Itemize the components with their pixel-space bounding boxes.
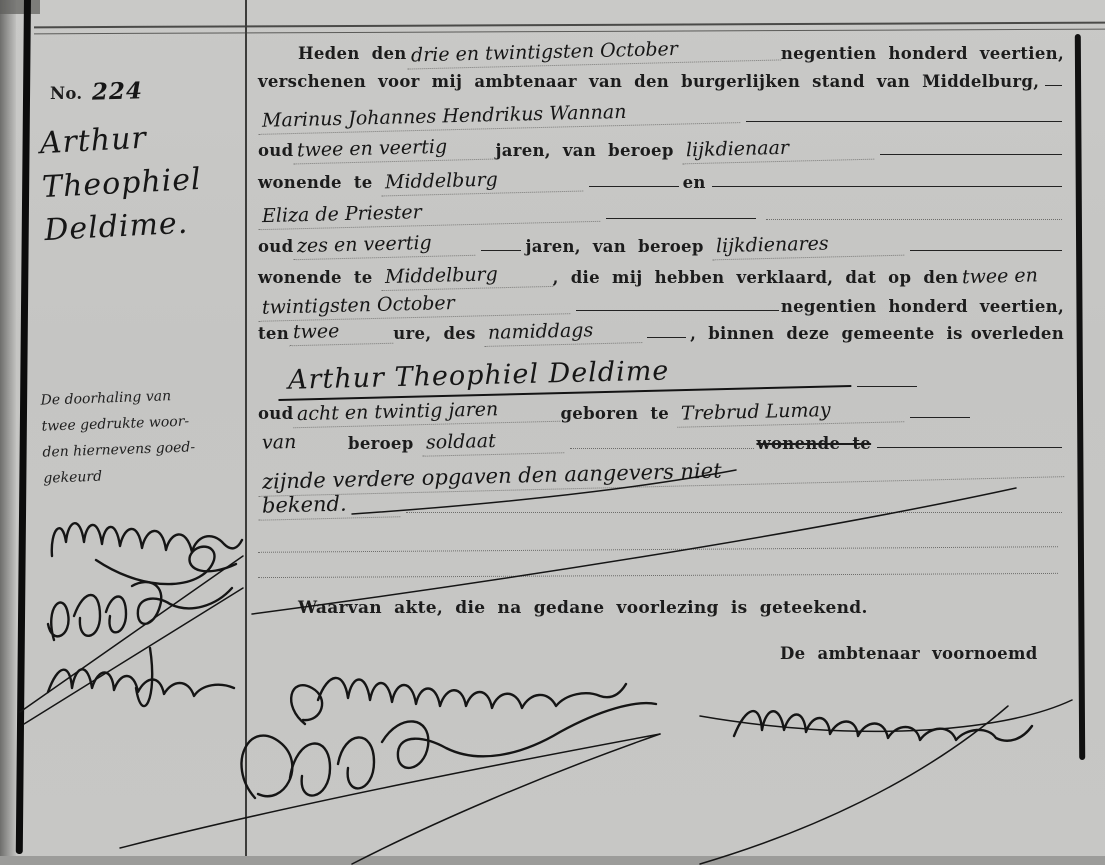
printed-ure-des: ure, des [393,324,475,345]
printed-en: en [683,173,706,194]
signature-official-bottom [700,700,1072,864]
scan-left-edge [0,0,16,865]
act-number-label: No. [50,84,82,103]
page-right-rule [1075,34,1085,760]
printed-wonende-te-2: wonende te [258,268,373,289]
line-declarant-1-residence: wonende te Middelburg en [258,169,1064,194]
margin-deceased-name: Arthur Theophiel Deldime. [39,114,205,253]
hw-hour: twee [289,319,394,346]
line-declarant-1-age: oud twee en veertig jaren, van beroep li… [258,137,1064,162]
line-act-date: Heden den drie en twintigsten October ne… [258,40,1064,65]
printed-verklaard: , die mij hebben verklaard, dat op den [553,268,959,289]
line-verdere-opgaven: zijnde verdere opgaven den aangevers nie… [258,460,1064,487]
dotted-fill [766,219,1062,220]
printed-beroep: beroep [348,434,414,455]
margin-separator-rule [245,0,247,858]
hw-declarant2-name: Eliza de Priester [258,197,601,230]
line-death-date: twintigsten October negentien honderd ve… [258,293,1064,318]
signature-official-margin [20,556,243,724]
blank-dotted-line [258,545,1058,553]
rule-fill [712,186,1062,187]
signature-declarant1-margin [52,523,242,584]
note-line-3: den hiernevens goed- [42,435,196,466]
signature-declarant2-bottom [120,703,660,864]
margin-name-line-3: Deldime. [43,201,205,253]
printed-geboren-te: geboren te [560,404,669,425]
hw-beroep-3: soldaat [421,428,564,456]
hw-birthplace: Trebrud Lumay [677,397,905,427]
scan-corner-shadow [0,0,40,14]
rule-short [647,337,686,338]
rule-fill [1045,85,1062,86]
line-bekend: bekend. [258,492,1064,519]
line-declarant-2: Eliza de Priester [258,201,1064,226]
line-verschenen: verschenen voor mij ambtenaar van den bu… [258,72,1064,93]
dotted-fill [570,448,755,449]
rule-short [481,250,521,251]
printed-ten: ten [258,324,289,345]
rule-short [857,386,917,387]
rule-fill [877,447,1062,448]
line-deceased-occupation: van beroep soldaat wonende te [258,430,1064,455]
line-deceased-name: Arthur Theophiel Deldime [258,358,1064,394]
signature-declarant1-bottom [291,678,626,724]
hw-age-2: zes en veertig [293,231,476,260]
printed-jaren-beroep-2: jaren, van beroep [525,237,703,258]
printed-wonende-te-struck: wonende te [756,434,871,455]
hw-declarant1-name: Marinus Johannes Hendrikus Wannan [258,98,740,135]
printed-oud-3: oud [258,404,293,425]
scan-bottom-edge [0,856,1105,865]
hw-act-date: drie en twintigsten October [406,35,781,69]
rule-fill [576,310,779,311]
printed-year-2: negentien honderd veertien, [781,297,1064,318]
blank-dotted-line [258,572,1058,578]
dotted-fill [406,512,1062,513]
act-number-value: 224 [82,77,152,107]
rule-short [910,417,970,418]
hw-beroep-2: lijkdienares [711,231,904,260]
line-declarant-2-age: oud zes en veertig jaren, van beroep lij… [258,233,1064,258]
printed-oud-2: oud [258,237,293,258]
printed-overleden: overleden [971,324,1064,345]
hw-dagdeel: namiddags [483,318,641,347]
signature-declarant2-margin [48,582,232,640]
top-double-rule-upper [34,22,1105,29]
hw-residence-1: Middelburg [380,167,583,197]
rule-short [606,218,756,219]
line-declarant-2-residence: wonende te Middelburg , die mij hebben v… [258,264,1064,289]
printed-year-1: negentien honderd veertien, [781,44,1064,65]
printed-official-title: De ambtenaar voornoemd [780,644,1038,663]
printed-closing: Waarvan akte, die na gedane voorlezing i… [298,598,868,618]
printed-heden-den: Heden den [298,44,407,65]
hw-residence-2: Middelburg [380,262,553,291]
hw-beroep-1: lijkdienaar [681,135,874,164]
note-line-4: gekeurd [43,461,197,492]
printed-jaren-beroep-1: jaren, van beroep [495,141,673,162]
official-title: De ambtenaar voornoemd [780,644,1030,665]
hw-van: van [258,430,329,456]
binding-rule [16,0,31,854]
line-deceased-age-birthplace: oud acht en twintig jaren geboren te Tre… [258,400,1064,425]
rule-short [589,186,679,187]
hw-age-3: acht en twintig jaren [293,397,561,428]
line-closing: Waarvan akte, die na gedane voorlezing i… [298,598,868,619]
act-number: No.224 [50,78,151,107]
printed-oud-1: oud [258,141,293,162]
line-death-time: ten twee ure, des namiddags , binnen dez… [258,320,1064,345]
death-certificate-scan: No.224 Arthur Theophiel Deldime. De door… [0,0,1105,865]
rule-fill [910,250,1062,251]
printed-binnen: , binnen deze gemeente is [690,324,963,345]
hw-bekend: bekend. [258,490,401,521]
rule-fill [746,121,1062,122]
printed-verschenen: verschenen voor mij ambtenaar van den bu… [258,72,1039,93]
margin-correction-note: De doorhaling van twee gedrukte woor- de… [40,383,196,492]
hw-age-1: twee en veertig [293,135,496,165]
hw-death-date-part1: twee en [958,264,1064,290]
hw-death-date-part2: twintigsten October [258,289,571,321]
printed-wonende-te-1: wonende te [258,173,373,194]
rule-fill [880,154,1062,155]
hw-deceased-name: Arthur Theophiel Deldime [278,351,852,401]
line-declarant-1: Marinus Johannes Hendrikus Wannan [258,104,1064,129]
top-double-rule-lower [34,29,1105,35]
